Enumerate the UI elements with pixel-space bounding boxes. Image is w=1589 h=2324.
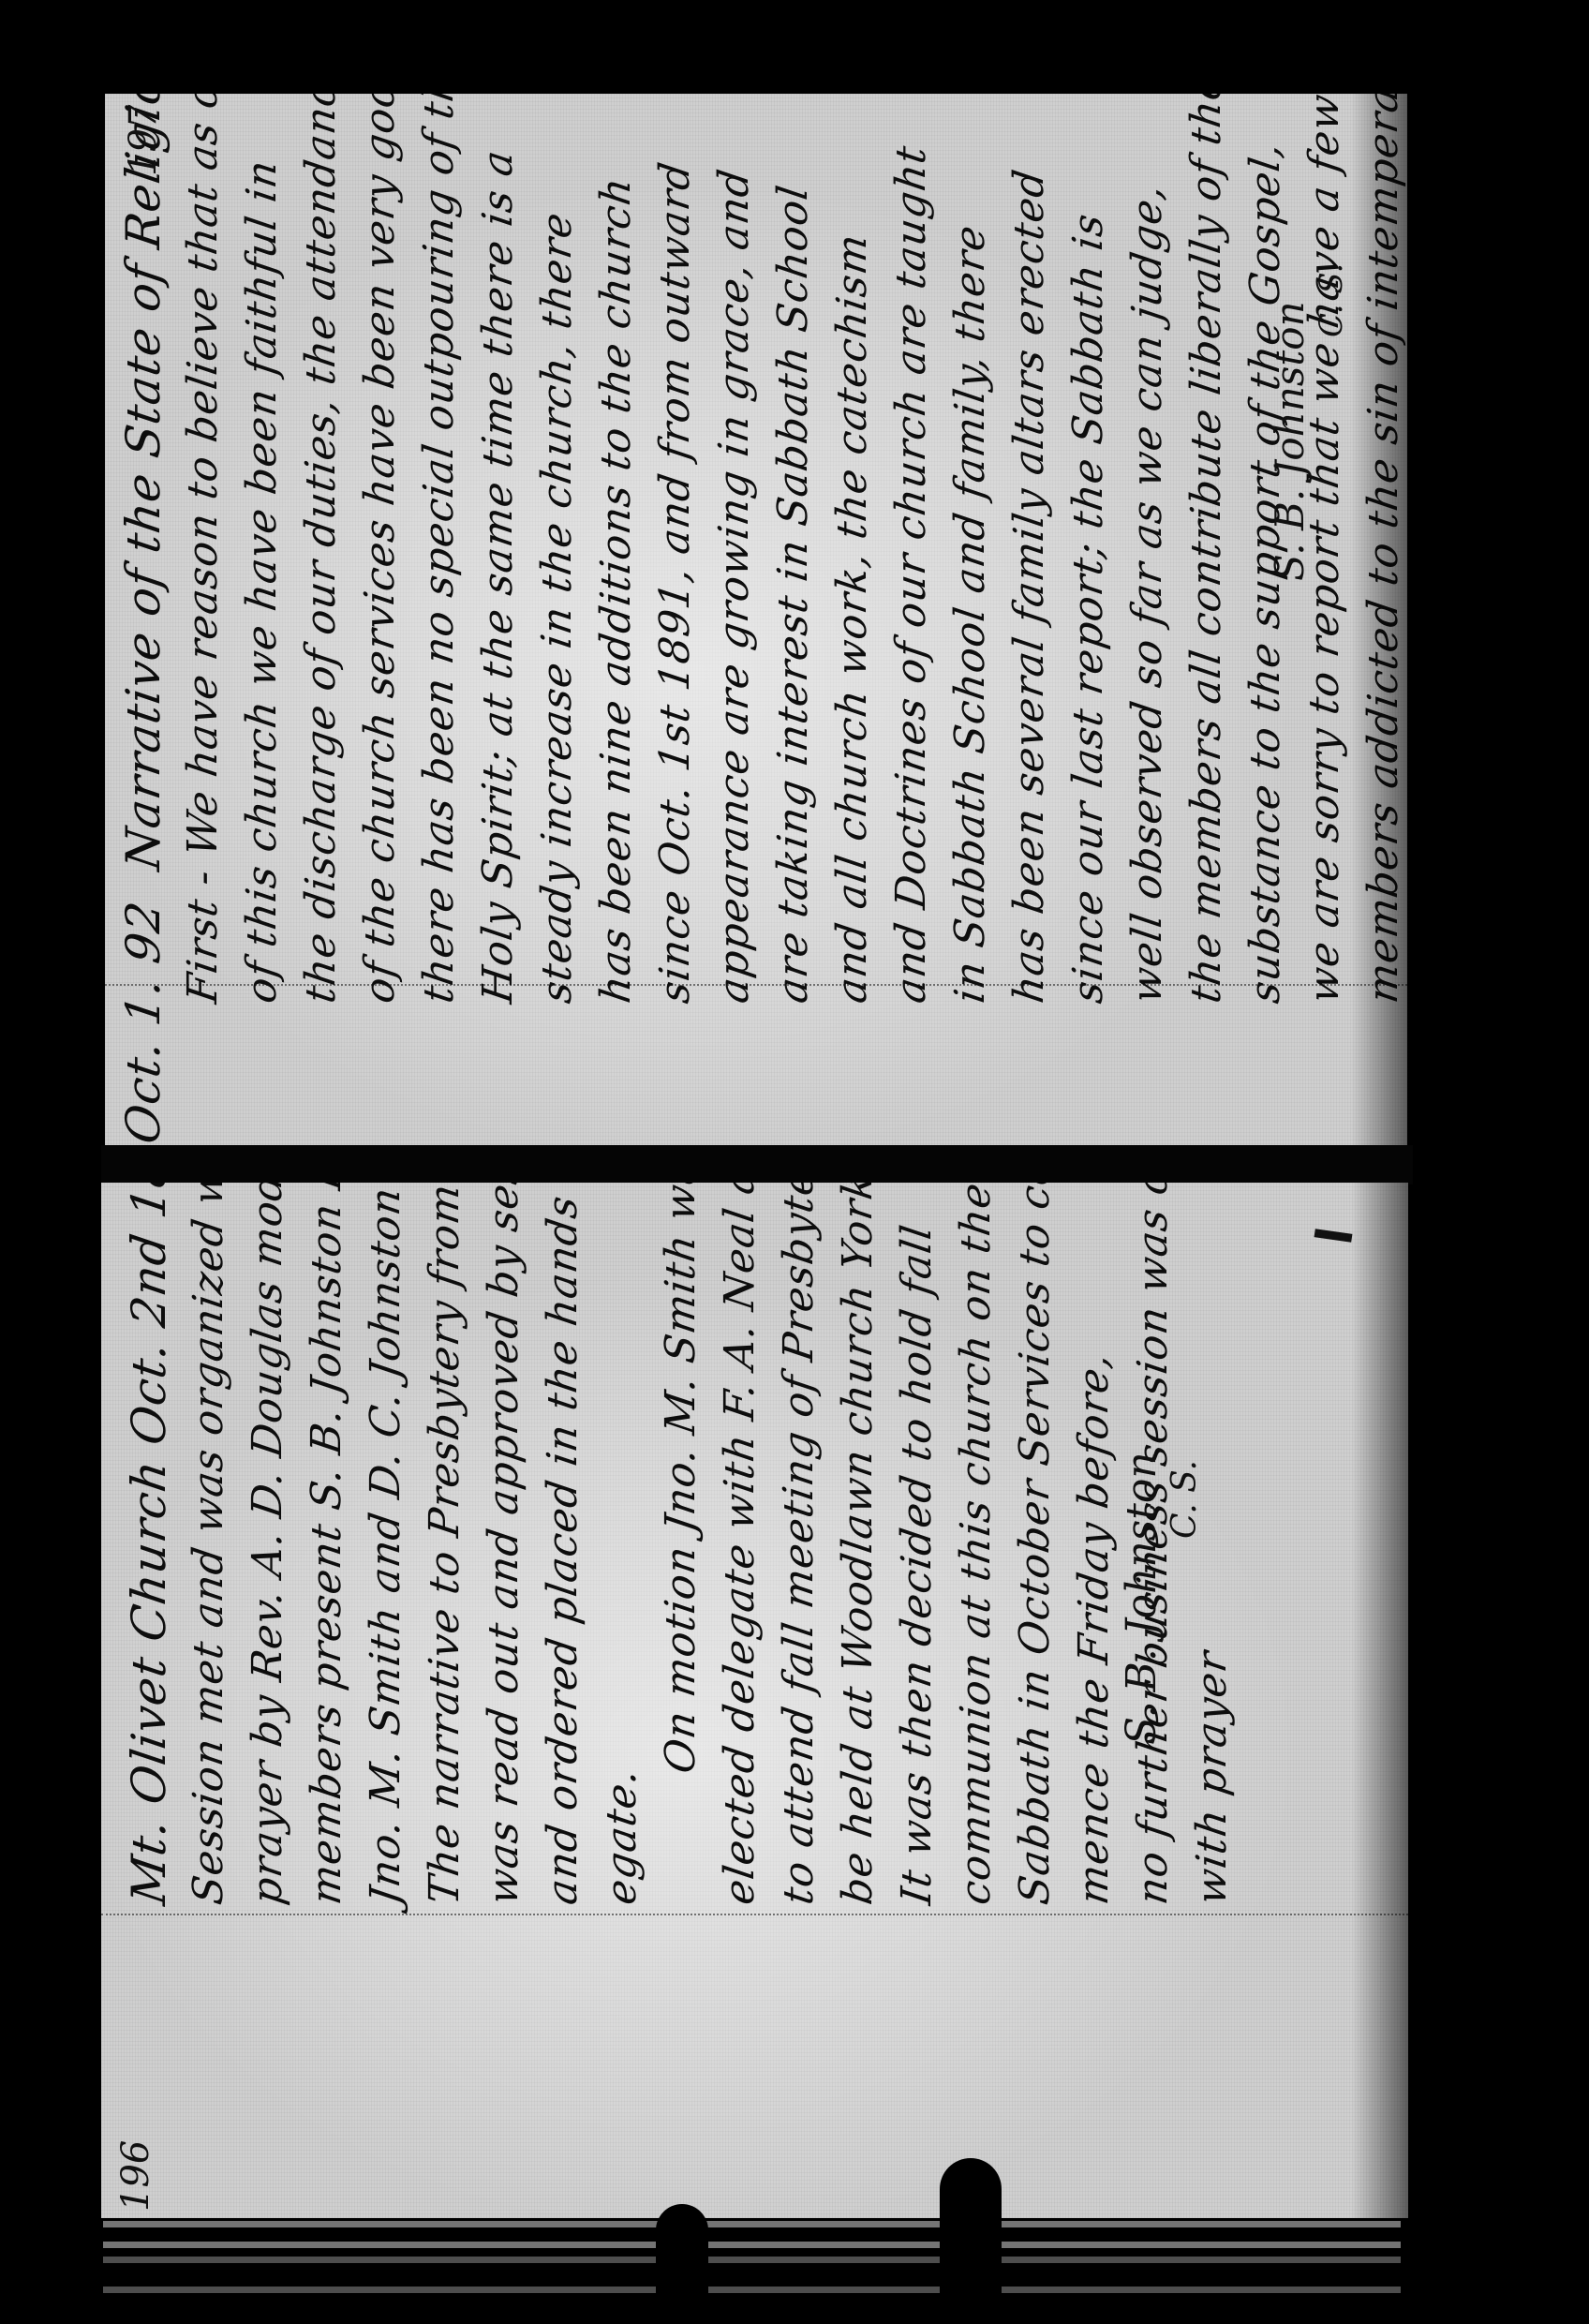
ledger-edge [103, 2287, 1401, 2293]
text-line: mence the Friday before, [1064, 1188, 1123, 1909]
text-line: members addicted to the sin of intempera… [1354, 109, 1407, 1148]
text-line: since Oct. 1st 1891, and from outward [646, 109, 705, 1148]
signature-block: S. B. Johnston C. S. [1267, 263, 1350, 581]
signature-name: S. B. Johnston [1267, 263, 1313, 581]
text-line: of the church services have been very go… [350, 109, 409, 1148]
text-line: elected delegate with F. A. Neal as alte… [710, 1188, 769, 1909]
page-196-text-block: Mt. Olivet Church Oct. 2nd 1892 Session … [120, 1192, 1241, 1904]
signature-block: S. B. Johnston C. S. [1118, 1452, 1204, 1745]
text-line: was read out and approved by session [474, 1188, 533, 1909]
text-line: and ordered placed in the hands of del- [533, 1188, 592, 1909]
signature-name: S. B. Johnston [1118, 1452, 1166, 1745]
ledger-page-197: Oct. 1. 92 Narrative of the State of Rel… [105, 94, 1407, 1148]
text-line: prayer by Rev. A. D. Douglas moderator [238, 1188, 297, 1909]
text-line: has been several family altars erected [1000, 109, 1059, 1148]
text-line: of this church we have been faithful in [232, 109, 291, 1148]
margin-rule [101, 1914, 1408, 1915]
entry-heading: Mt. Olivet Church Oct. 2nd 1892 [120, 1188, 179, 1909]
text-line: to attend fall meeting of Presbytery to [769, 1188, 828, 1909]
text-line: members present S. B. Johnston F. A. Nea… [297, 1188, 356, 1909]
text-line: since our last report; the Sabbath is [1059, 109, 1118, 1148]
ledger-edge [103, 2221, 1401, 2227]
text-line: steady increase in the church, there [527, 109, 587, 1148]
page-number: 196 [114, 2140, 157, 2212]
text-line: the members all contribute liberally of … [1177, 109, 1236, 1148]
text-line: Jno. M. Smith and D. C. Johnston [356, 1188, 415, 1909]
text-line: well observed so far as we can judge, [1118, 109, 1177, 1148]
margin-date: Oct. 1. 92 Narrative of the State of Rel… [114, 109, 173, 1148]
text-line: appearance are growing in grace, and [705, 109, 764, 1148]
text-line: egate. [592, 1188, 651, 1909]
text-line: in Sabbath School and family, there [941, 109, 1000, 1148]
page-197-text-block: Oct. 1. 92 Narrative of the State of Rel… [114, 112, 1407, 1143]
page-number: 197 [122, 105, 165, 176]
text-line: It was then decided to hold fall [887, 1188, 946, 1909]
text-line: The narrative to Presbytery from this ch… [415, 1188, 474, 1909]
text-line: First - We have reason to believe that a… [173, 109, 232, 1148]
text-line: Sabbath in October Services to com- [1005, 1188, 1064, 1909]
text-line: there has been no special outpouring of … [409, 109, 468, 1148]
signature-title: C. S. [1313, 263, 1350, 581]
book-gutter [101, 1145, 1413, 1184]
text-line: the discharge of our duties, the attenda… [291, 109, 350, 1148]
text-line: Holy Spirit; at the same time there is a [468, 109, 527, 1148]
text-line: Session met and was organized with [179, 1188, 238, 1909]
book-clip [656, 2204, 708, 2324]
text-line: are taking interest in Sabbath School [764, 109, 823, 1148]
text-line: On motion Jno. M. Smith was [651, 1188, 710, 1909]
ink-blot [1314, 1229, 1353, 1242]
ledger-page-196: Mt. Olivet Church Oct. 2nd 1892 Session … [101, 1183, 1408, 2218]
text-line: be held at Woodlawn church York Co. [828, 1188, 887, 1909]
text-line: and Doctrines of our church are taught [882, 109, 941, 1148]
text-line: and all church work, the catechism [823, 109, 882, 1148]
text-line: communion at this church on the third [946, 1188, 1005, 1909]
text-line: has been nine additions to the church [587, 109, 646, 1148]
ledger-edge [103, 2242, 1401, 2248]
signature-title: C. S. [1166, 1452, 1204, 1745]
book-clip [940, 2158, 1002, 2324]
ledger-edge [103, 2257, 1401, 2263]
